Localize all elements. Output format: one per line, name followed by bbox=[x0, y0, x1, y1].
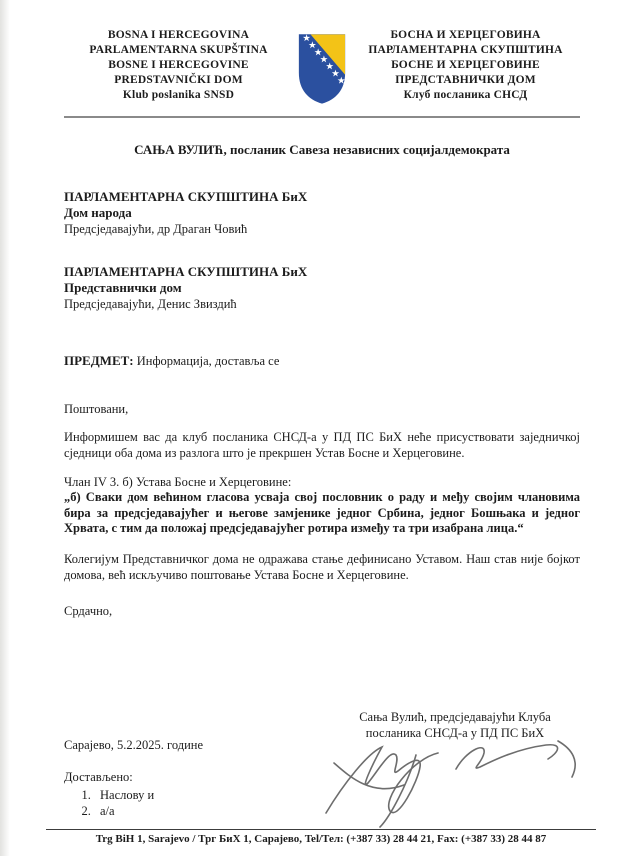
recipient-house: Представнички дом bbox=[64, 280, 580, 296]
delivered-item: а/а bbox=[94, 804, 154, 819]
salutation: Поштовани, bbox=[64, 402, 580, 417]
signature-zone: Сања Вулић, предсједавајући Клуба послан… bbox=[64, 709, 580, 849]
sender-title: САЊА ВУЛИЋ, посланик Савеза независних с… bbox=[64, 142, 580, 158]
recipient-house-of-representatives: ПАРЛАМЕНТАРНА СКУПШТИНА БиХ Представничк… bbox=[64, 264, 580, 312]
closing-salutation: Срдачно, bbox=[64, 604, 580, 619]
delivered-label: Достављено: bbox=[64, 770, 154, 785]
recipient-person: Предсједавајући, др Драган Човић bbox=[64, 221, 580, 237]
letterhead-latin: BOSNA I HERCEGOVINA PARLAMENTARNA SKUPŠT… bbox=[64, 28, 293, 103]
letterhead-latin-line: PREDSTAVNIČKI DOM bbox=[64, 73, 293, 88]
signature-name-line: Сања Вулић, предсједавајући Клуба bbox=[320, 709, 590, 725]
recipient-house-of-peoples: ПАРЛАМЕНТАРНА СКУПШТИНА БиХ Дом народа П… bbox=[64, 189, 580, 237]
paragraph-constitution-quote: „б) Сваки дом већином гласова усваја сво… bbox=[64, 490, 580, 537]
recipient-house: Дом народа bbox=[64, 205, 580, 221]
letterhead-cyrillic-line: БОСНА И ХЕРЦЕГОВИНА bbox=[351, 28, 580, 43]
paragraph-article-intro: Члан IV 3. б) Устава Босне и Херцеговине… bbox=[64, 474, 580, 490]
subject-line: ПРЕДМЕТ: Информација, доставља се bbox=[64, 353, 580, 369]
delivered-to: Достављено: Наслову и а/а bbox=[64, 770, 154, 819]
recipient-org: ПАРЛАМЕНТАРНА СКУПШТИНА БиХ bbox=[64, 264, 580, 280]
recipient-org: ПАРЛАМЕНТАРНА СКУПШТИНА БиХ bbox=[64, 189, 580, 205]
bih-coat-of-arms-icon bbox=[293, 28, 351, 104]
footer-address: Trg BiH 1, Sarajevo / Трг БиХ 1, Сарајев… bbox=[46, 829, 596, 845]
letterhead-cyrillic-line: ПРЕДСТАВНИЧКИ ДОМ bbox=[351, 73, 580, 88]
letterhead-latin-line: PARLAMENTARNA SKUPŠTINA bbox=[64, 43, 293, 58]
letterhead-latin-line: BOSNE I HERCEGOVINE bbox=[64, 58, 293, 73]
letterhead-latin-line: Klub poslanika SNSD bbox=[64, 88, 293, 103]
subject-text: Информација, доставља се bbox=[137, 354, 280, 368]
paragraph-position: Колегијум Представничког дома не одражав… bbox=[64, 551, 580, 583]
paragraph-info: Информишем вас да клуб посланика СНСД-а … bbox=[64, 429, 580, 461]
letterhead-latin-line: BOSNA I HERCEGOVINA bbox=[64, 28, 293, 43]
signature-role-line: посланика СНСД-а у ПД ПС БиХ bbox=[320, 725, 590, 741]
subject-label: ПРЕДМЕТ: bbox=[64, 353, 134, 368]
letterhead-cyrillic-line: БОСНЕ И ХЕРЦЕГОВИНЕ bbox=[351, 58, 580, 73]
letter-page: BOSNA I HERCEGOVINA PARLAMENTARNA SKUPŠT… bbox=[0, 0, 638, 856]
letterhead-divider bbox=[64, 116, 580, 118]
delivered-list: Наслову и а/а bbox=[64, 788, 154, 819]
signature-block: Сања Вулић, предсједавајући Клуба послан… bbox=[320, 709, 590, 741]
letterhead-cyrillic-line: Клуб посланика СНСД bbox=[351, 88, 580, 103]
place-and-date: Сарајево, 5.2.2025. године bbox=[64, 738, 203, 753]
letterhead-cyrillic-line: ПАРЛАМЕНТАРНА СКУПШТИНА bbox=[351, 43, 580, 58]
recipient-person: Предсједавајући, Денис Звиздић bbox=[64, 296, 580, 312]
letterhead: BOSNA I HERCEGOVINA PARLAMENTARNA SKUPŠT… bbox=[64, 28, 580, 104]
delivered-item: Наслову и bbox=[94, 788, 154, 803]
letterhead-cyrillic: БОСНА И ХЕРЦЕГОВИНА ПАРЛАМЕНТАРНА СКУПШТ… bbox=[351, 28, 580, 103]
